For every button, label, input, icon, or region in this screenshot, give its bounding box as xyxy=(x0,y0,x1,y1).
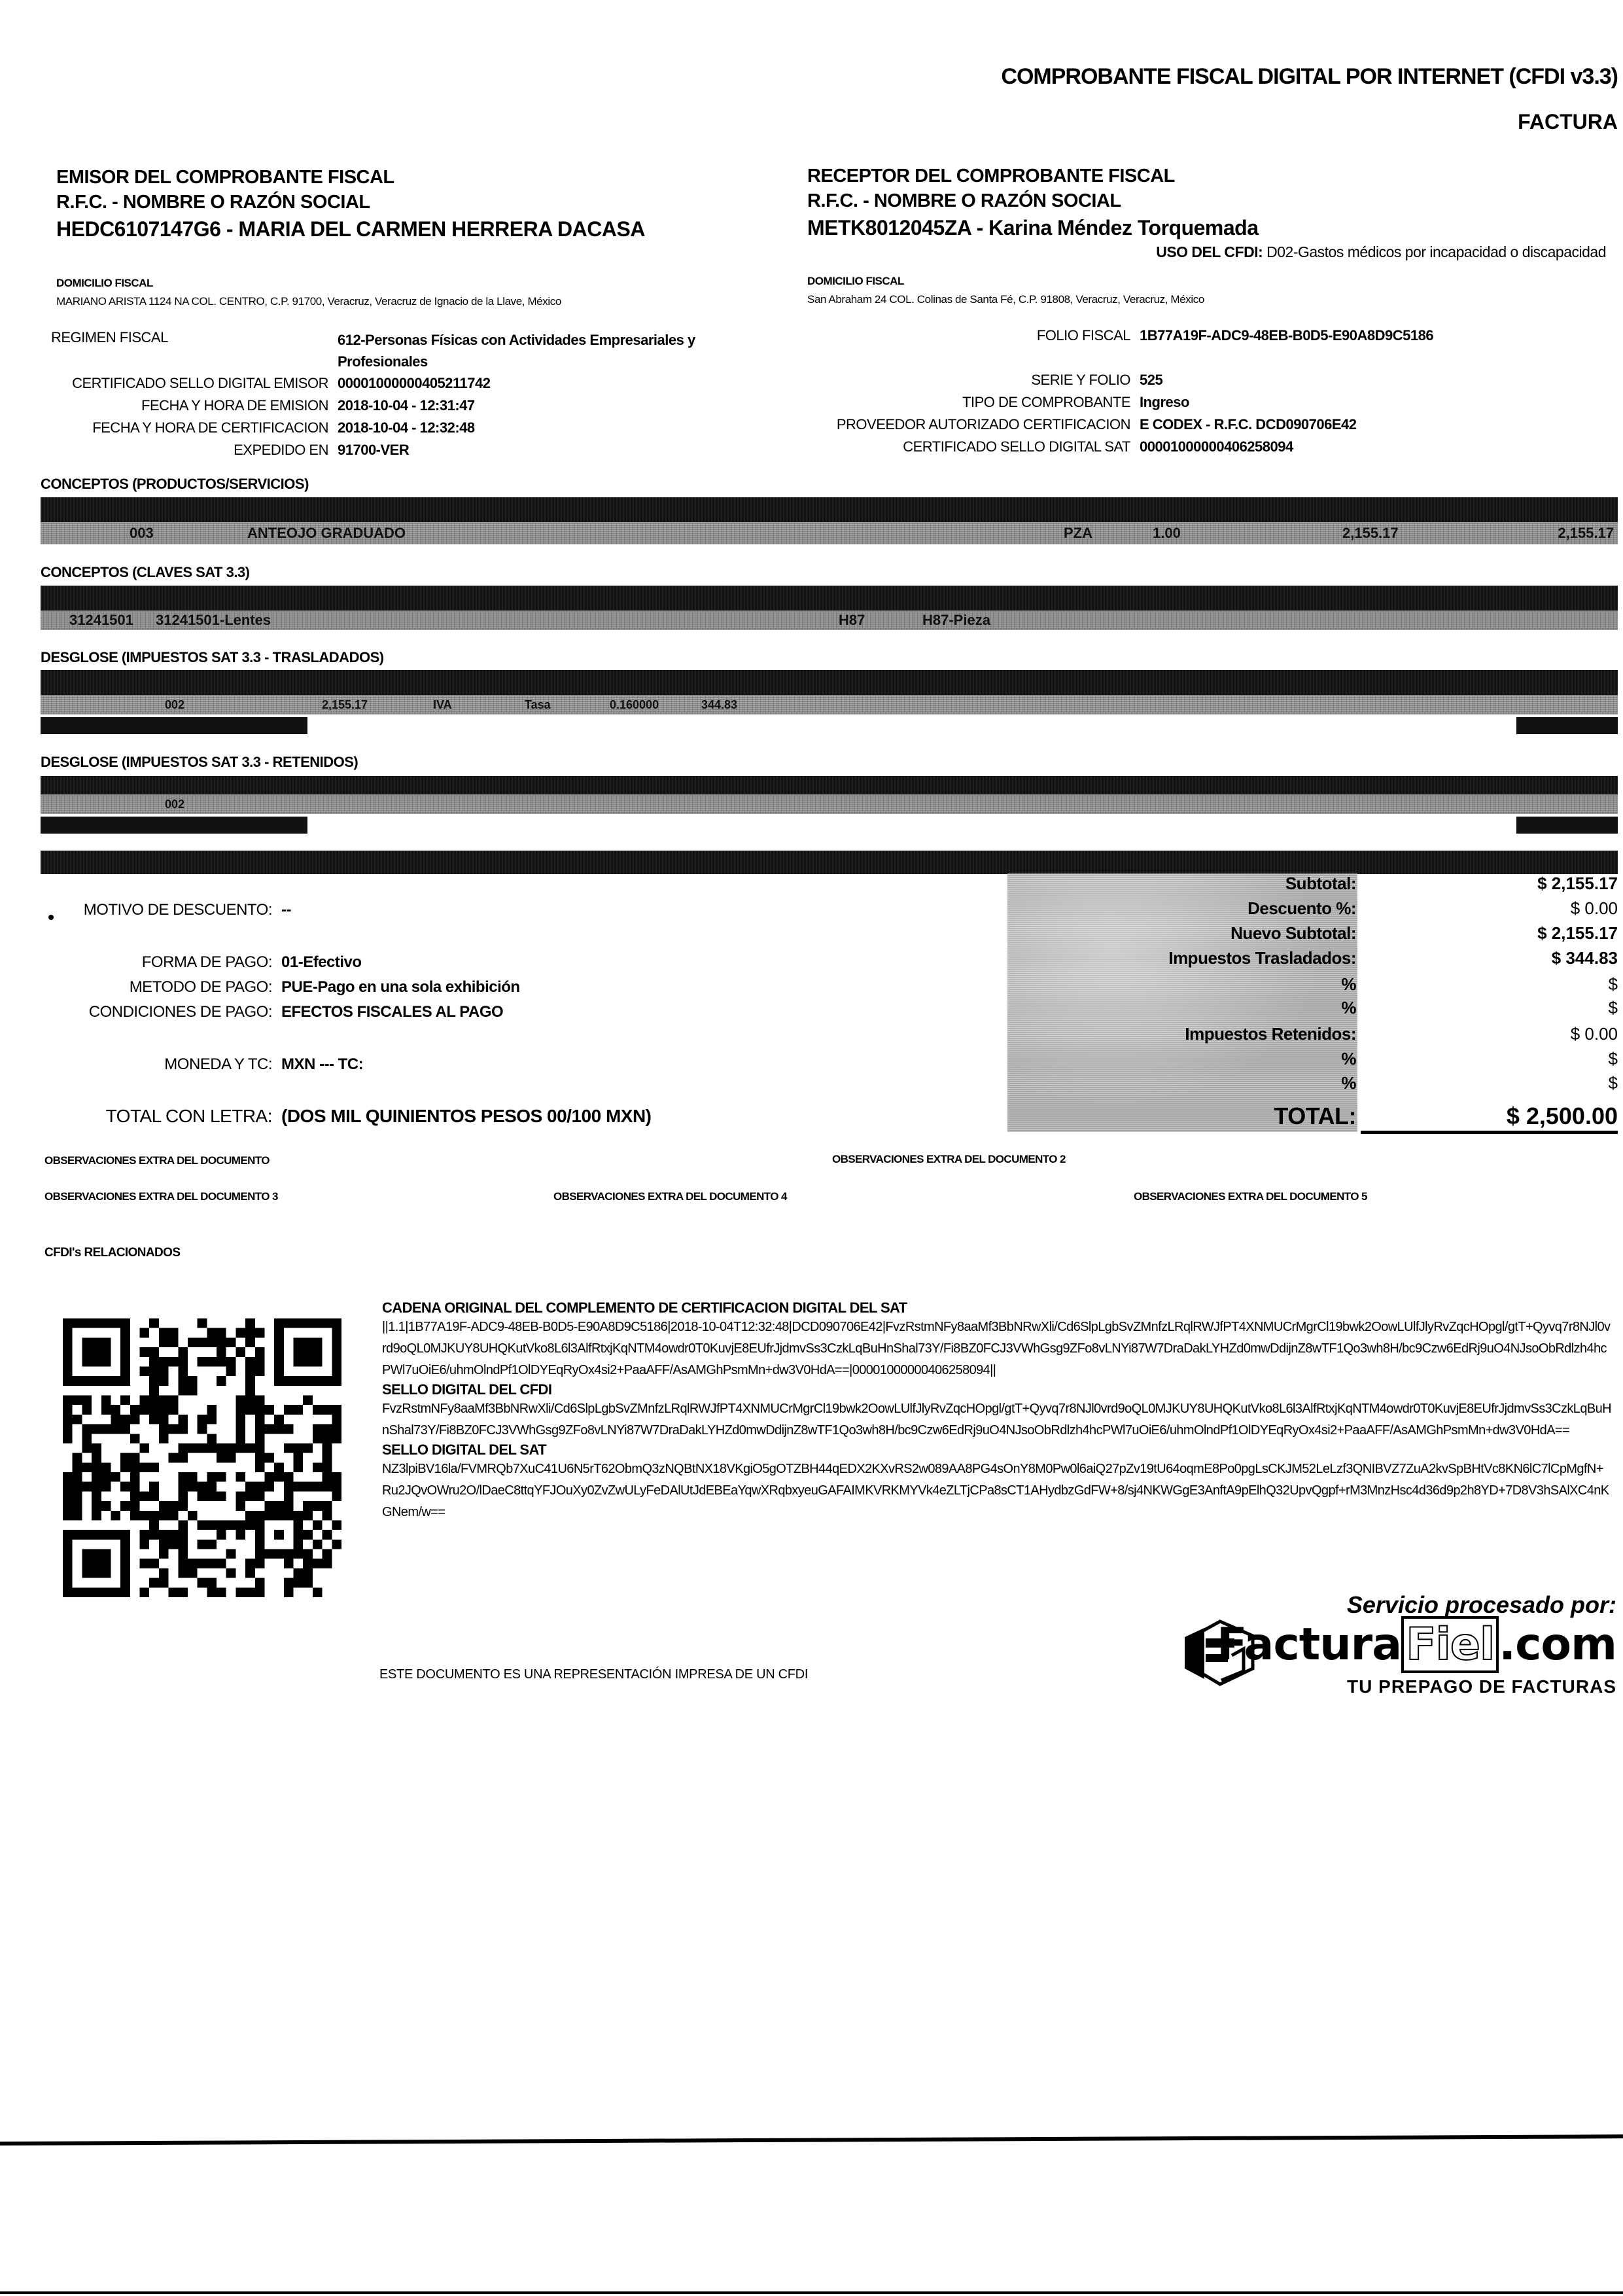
traslado-tasa: 0.160000 xyxy=(610,698,659,712)
traslados-footer-right xyxy=(1516,717,1618,734)
disclaimer: ESTE DOCUMENTO ES UNA REPRESENTACIÓN IMP… xyxy=(379,1667,808,1682)
retenidos-footer-right xyxy=(1516,817,1618,834)
nuevo-subtotal-label: Nuevo Subtotal: xyxy=(1230,923,1356,944)
condiciones-row: CONDICIONES DE PAGO: EFECTOS FISCALES AL… xyxy=(0,1003,503,1021)
emisor-rfc-name: HEDC6107147G6 - MARIA DEL CARMEN HERRERA… xyxy=(56,217,645,241)
emisor-title: EMISOR DEL COMPROBANTE FISCAL xyxy=(56,167,394,188)
sello-cfdi: FvzRstmNFy8aaMf3BbNRwXli/Cd6SlpLgbSvZMnf… xyxy=(382,1398,1612,1441)
cert-sat-label: CERTIFICADO SELLO DIGITAL SAT xyxy=(792,438,1140,455)
pac-label: PROVEEDOR AUTORIZADO CERTIFICACION xyxy=(792,416,1140,433)
conceptos-title: CONCEPTOS (PRODUCTOS/SERVICIOS) xyxy=(41,476,309,493)
traslado-importe: 344.83 xyxy=(701,698,737,712)
regimen-label: REGIMEN FISCAL xyxy=(51,329,168,346)
uso-cfdi-value: D02-Gastos médicos por incapacidad o dis… xyxy=(1266,243,1606,260)
qr-code-icon xyxy=(63,1318,341,1597)
receptor-rfc-label: R.F.C. - NOMBRE O RAZÓN SOCIAL xyxy=(807,190,1121,212)
condiciones-label: CONDICIONES DE PAGO: xyxy=(0,1003,281,1021)
pac-row: PROVEEDOR AUTORIZADO CERTIFICACION E COD… xyxy=(792,416,1357,433)
pac-value: E CODEX - R.F.C. DCD090706E42 xyxy=(1140,416,1357,433)
fecha-emision-label: FECHA Y HORA DE EMISION xyxy=(0,397,338,414)
observaciones-2: OBSERVACIONES EXTRA DEL DOCUMENTO 2 xyxy=(832,1153,1066,1166)
fecha-cert-value: 2018-10-04 - 12:32:48 xyxy=(338,419,475,436)
brand-name-part-1: Factura xyxy=(1217,1619,1401,1670)
total-letra-row: TOTAL CON LETRA: (DOS MIL QUINIENTOS PES… xyxy=(0,1106,652,1127)
forma-pago-value: 01-Efectivo xyxy=(281,953,362,972)
traslado-pct-1-value: $ xyxy=(1609,974,1618,995)
retenido-pct-2-value: $ xyxy=(1609,1073,1618,1093)
sello-sat: NZ3lpiBV16la/FVMRQb7XuC41U6N5rT62ObmQ3zN… xyxy=(382,1458,1612,1523)
retenido-impuesto: 002 xyxy=(165,798,184,811)
fecha-cert-row: FECHA Y HORA DE CERTIFICACION 2018-10-04… xyxy=(0,419,475,436)
conceptos-header-bar xyxy=(41,497,1618,522)
motivo-label: MOTIVO DE DESCUENTO: xyxy=(0,901,281,919)
metodo-pago-value: PUE-Pago en una sola exhibición xyxy=(281,978,520,997)
subtotal-value: $ 2,155.17 xyxy=(1537,874,1618,894)
fecha-cert-label: FECHA Y HORA DE CERTIFICACION xyxy=(0,419,338,436)
subtotal-label: Subtotal: xyxy=(1285,874,1356,894)
traslados-footer-left xyxy=(41,717,307,734)
moneda-row: MONEDA Y TC: MXN --- TC: xyxy=(0,1055,363,1074)
metodo-pago-row: METODO DE PAGO: PUE-Pago en una sola exh… xyxy=(0,978,520,997)
page-bottom-line xyxy=(0,2291,1623,2294)
tipo-comprobante-value: Ingreso xyxy=(1140,394,1189,411)
traslado-row: 002 2,155.17 IVA Tasa 0.160000 344.83 xyxy=(41,695,1618,715)
brand-name-part-2: Fiel xyxy=(1401,1616,1499,1673)
descuento-value: $ 0.00 xyxy=(1571,898,1618,919)
receptor-rfc-name: METK8012045ZA - Karina Méndez Torquemada xyxy=(807,216,1259,240)
traslados-title: DESGLOSE (IMPUESTOS SAT 3.3 - TRASLADADO… xyxy=(41,649,384,666)
cert-emisor-row: CERTIFICADO SELLO DIGITAL EMISOR 0000100… xyxy=(0,375,491,392)
metodo-pago-label: METODO DE PAGO: xyxy=(0,978,281,997)
total-underline xyxy=(1361,1131,1618,1134)
cert-emisor-label: CERTIFICADO SELLO DIGITAL EMISOR xyxy=(0,375,338,392)
retenidos-footer-left xyxy=(41,817,307,834)
concepto-cantidad: 1.00 xyxy=(1153,525,1181,542)
clave-prod: 31241501 xyxy=(69,612,133,629)
observaciones-1: OBSERVACIONES EXTRA DEL DOCUMENTO xyxy=(44,1154,270,1167)
descuento-label: Descuento %: xyxy=(1248,898,1356,919)
impuestos-trasladados-value: $ 344.83 xyxy=(1552,948,1618,968)
tipo-comprobante-label: TIPO DE COMPROBANTE xyxy=(792,394,1140,411)
motivo-value: -- xyxy=(281,901,291,919)
concepto-importe: 2,155.17 xyxy=(1558,525,1614,542)
receptor-title: RECEPTOR DEL COMPROBANTE FISCAL xyxy=(807,166,1175,187)
sello-sat-title: SELLO DIGITAL DEL SAT xyxy=(382,1441,1612,1458)
concepto-row: 003 ANTEOJO GRADUADO PZA 1.00 2,155.17 2… xyxy=(41,522,1618,544)
receptor-domicilio-label: DOMICILIO FISCAL xyxy=(807,275,904,288)
uso-cfdi-label: USO DEL CFDI: xyxy=(1156,243,1263,260)
traslado-impuesto: 002 xyxy=(165,698,184,712)
impuestos-retenidos-label: Impuestos Retenidos: xyxy=(1185,1024,1356,1044)
brand-tagline: TU PREPAGO DE FACTURAS xyxy=(1347,1676,1616,1697)
retenido-pct-1-label: % xyxy=(1341,1049,1356,1069)
traslado-pct-2-label: % xyxy=(1341,998,1356,1018)
uso-cfdi: USO DEL CFDI: D02-Gastos médicos por inc… xyxy=(1156,243,1606,261)
emisor-domicilio-label: DOMICILIO FISCAL xyxy=(56,277,153,290)
cadena-title: CADENA ORIGINAL DEL COMPLEMENTO DE CERTI… xyxy=(382,1299,1612,1316)
document-title: COMPROBANTE FISCAL DIGITAL POR INTERNET … xyxy=(1001,64,1618,90)
brand-name-part-3: .com xyxy=(1499,1619,1616,1670)
expedido-label: EXPEDIDO EN xyxy=(0,442,338,459)
sello-cfdi-title: SELLO DIGITAL DEL CFDI xyxy=(382,1381,1612,1398)
total-letra-label: TOTAL CON LETRA: xyxy=(0,1106,281,1127)
claves-header-bar xyxy=(41,586,1618,610)
concepto-descripcion: ANTEOJO GRADUADO xyxy=(247,525,406,542)
clave-unidad-desc: H87-Pieza xyxy=(922,612,990,629)
concepto-precio: 2,155.17 xyxy=(1342,525,1399,542)
sellos-section: CADENA ORIGINAL DEL COMPLEMENTO DE CERTI… xyxy=(382,1299,1612,1523)
total-letra-value: (DOS MIL QUINIENTOS PESOS 00/100 MXN) xyxy=(281,1106,652,1127)
folio-fiscal-label: FOLIO FISCAL xyxy=(792,327,1140,344)
traslados-header-bar xyxy=(41,670,1618,695)
concepto-codigo: 003 xyxy=(130,525,154,542)
cert-sat-value: 00001000000406258094 xyxy=(1140,438,1293,455)
retenidos-title: DESGLOSE (IMPUESTOS SAT 3.3 - RETENIDOS) xyxy=(41,754,358,771)
traslado-pct-1-label: % xyxy=(1341,974,1356,995)
clave-row: 31241501 31241501-Lentes H87 H87-Pieza xyxy=(41,610,1618,630)
forma-pago-label: FORMA DE PAGO: xyxy=(0,953,281,972)
emisor-domicilio: MARIANO ARISTA 1124 NA COL. CENTRO, C.P.… xyxy=(17,295,789,308)
total-label: TOTAL: xyxy=(1274,1103,1356,1130)
totals-header-bar xyxy=(41,851,1618,874)
retenidos-header-bar xyxy=(41,776,1618,794)
regimen-value: 612-Personas Físicas con Actividades Emp… xyxy=(338,329,756,372)
nuevo-subtotal-value: $ 2,155.17 xyxy=(1537,923,1618,944)
emisor-domicilio-text: MARIANO ARISTA 1124 NA COL. CENTRO, C.P.… xyxy=(56,295,561,308)
traslado-base: 2,155.17 xyxy=(322,698,368,712)
claves-title: CONCEPTOS (CLAVES SAT 3.3) xyxy=(41,564,250,581)
retenido-row: 002 xyxy=(41,794,1618,814)
clave-prod-desc: 31241501-Lentes xyxy=(156,612,271,629)
cfdi-relacionados-title: CFDI's RELACIONADOS xyxy=(44,1246,180,1260)
motivo-row: MOTIVO DE DESCUENTO: -- xyxy=(0,901,291,919)
emisor-rfc-label: R.F.C. - NOMBRE O RAZÓN SOCIAL xyxy=(56,192,370,213)
document-type: FACTURA xyxy=(1518,110,1618,134)
expedido-value: 91700-VER xyxy=(338,442,409,459)
traslado-factor: Tasa xyxy=(525,698,551,712)
forma-pago-row: FORMA DE PAGO: 01-Efectivo xyxy=(0,953,362,972)
total-value: $ 2,500.00 xyxy=(1507,1103,1618,1130)
fecha-emision-row: FECHA Y HORA DE EMISION 2018-10-04 - 12:… xyxy=(0,397,475,414)
fecha-emision-value: 2018-10-04 - 12:31:47 xyxy=(338,397,475,414)
observaciones-5: OBSERVACIONES EXTRA DEL DOCUMENTO 5 xyxy=(1134,1190,1367,1203)
service-label: Servicio procesado por: xyxy=(1347,1591,1616,1619)
traslado-tipo: IVA xyxy=(433,698,452,712)
folio-fiscal-value: 1B77A19F-ADC9-48EB-B0D5-E90A8D9C5186 xyxy=(1140,327,1433,344)
page-divider-line xyxy=(0,2134,1623,2146)
observaciones-4: OBSERVACIONES EXTRA DEL DOCUMENTO 4 xyxy=(553,1190,787,1203)
receptor-domicilio: San Abraham 24 COL. Colinas de Santa Fé,… xyxy=(807,293,1204,306)
cadena-original: ||1.1|1B77A19F-ADC9-48EB-B0D5-E90A8D9C51… xyxy=(382,1316,1612,1381)
serie-folio-label: SERIE Y FOLIO xyxy=(792,372,1140,389)
serie-folio-row: SERIE Y FOLIO 525 xyxy=(792,372,1162,389)
tipo-comprobante-row: TIPO DE COMPROBANTE Ingreso xyxy=(792,394,1189,411)
clave-unidad: H87 xyxy=(839,612,865,629)
concepto-unidad: PZA xyxy=(1064,525,1092,542)
traslado-pct-2-value: $ xyxy=(1609,998,1618,1018)
impuestos-retenidos-value: $ 0.00 xyxy=(1571,1024,1618,1044)
cert-sat-row: CERTIFICADO SELLO DIGITAL SAT 0000100000… xyxy=(792,438,1293,455)
condiciones-value: EFECTOS FISCALES AL PAGO xyxy=(281,1003,503,1021)
retenido-pct-1-value: $ xyxy=(1609,1049,1618,1069)
brand-name: FacturaFiel.com xyxy=(1217,1619,1616,1670)
folio-fiscal-row: FOLIO FISCAL 1B77A19F-ADC9-48EB-B0D5-E90… xyxy=(792,327,1433,344)
cert-emisor-value: 00001000000405211742 xyxy=(338,375,491,392)
impuestos-trasladados-label: Impuestos Trasladados: xyxy=(1168,948,1356,968)
observaciones-3: OBSERVACIONES EXTRA DEL DOCUMENTO 3 xyxy=(44,1190,278,1203)
expedido-row: EXPEDIDO EN 91700-VER xyxy=(0,442,409,459)
moneda-label: MONEDA Y TC: xyxy=(0,1055,281,1074)
serie-folio-value: 525 xyxy=(1140,372,1162,389)
retenido-pct-2-label: % xyxy=(1341,1073,1356,1093)
moneda-value: MXN --- TC: xyxy=(281,1055,363,1074)
